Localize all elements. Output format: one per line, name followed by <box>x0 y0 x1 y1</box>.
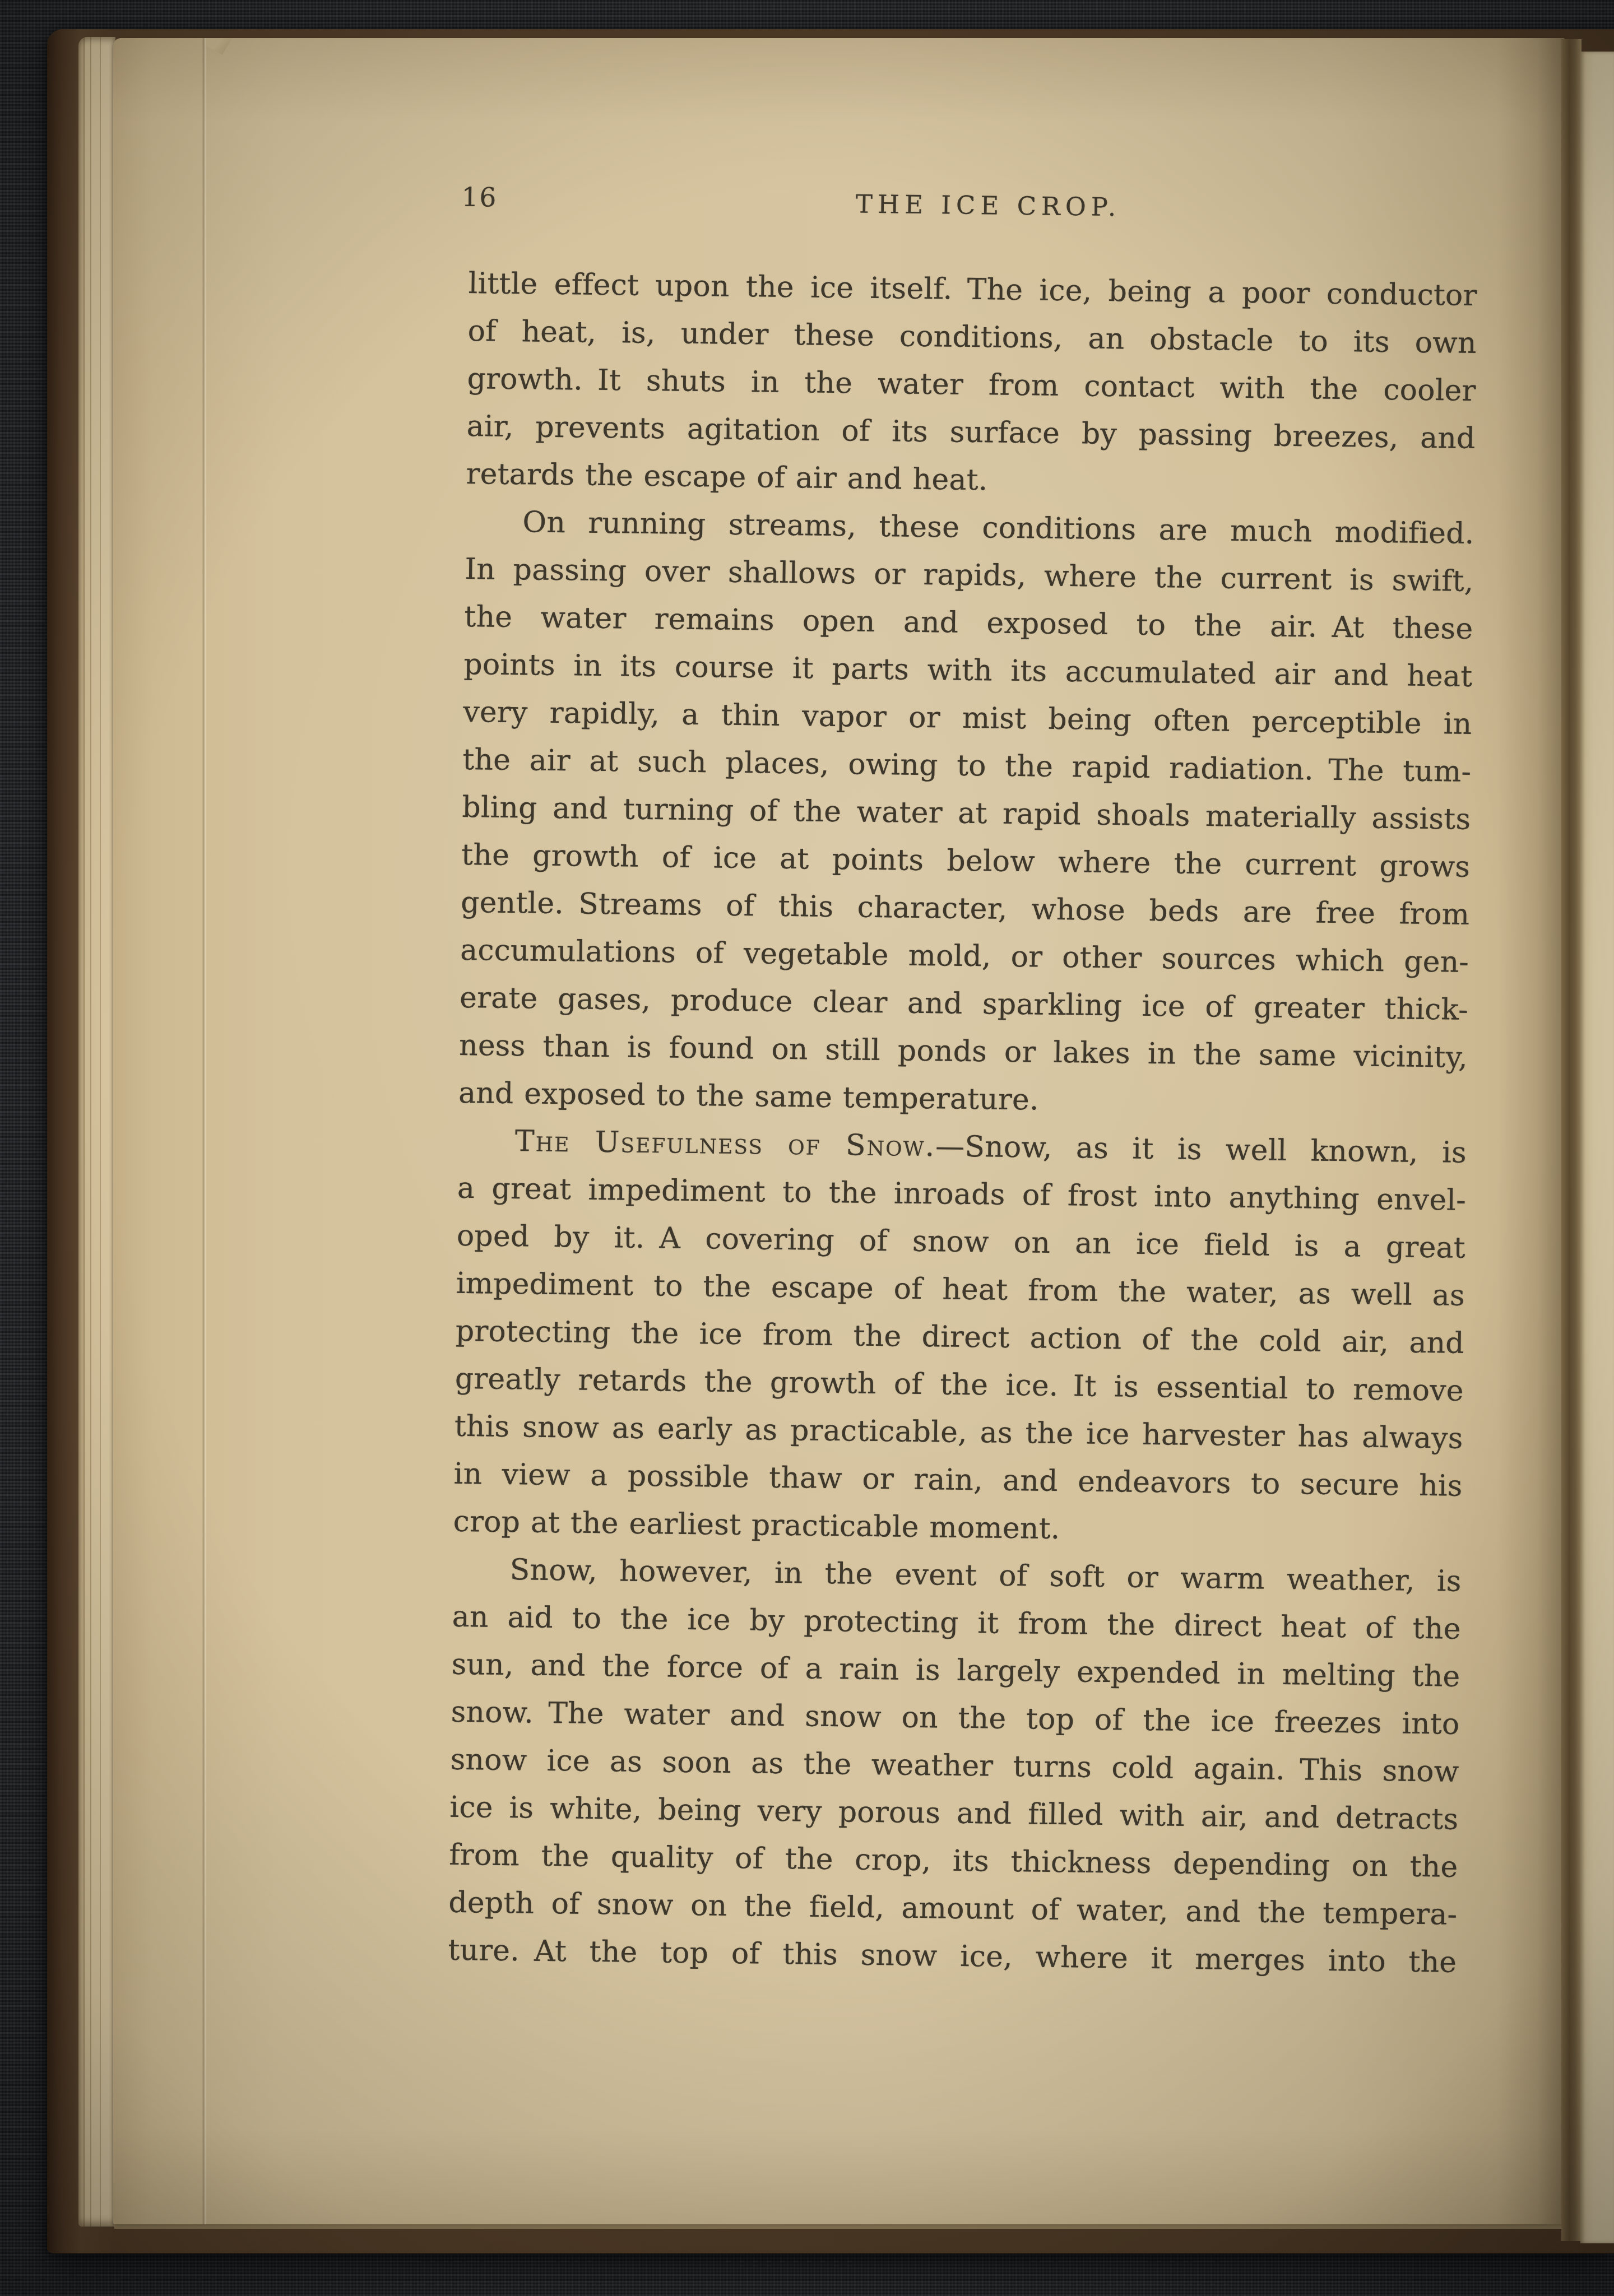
scan-background: 16 THE ICE CROP. little effect upon the … <box>0 0 1614 2296</box>
page-header: 16 THE ICE CROP. <box>469 182 1478 226</box>
paragraph: The Usefulness of Snow.—Snow, as it is w… <box>453 1117 1467 1558</box>
book-cover: 16 THE ICE CROP. little effect upon the … <box>47 29 1614 2253</box>
dog-ear-fold <box>206 38 232 55</box>
page-number: 16 <box>461 182 498 215</box>
running-title: THE ICE CROP. <box>856 189 1121 222</box>
gutter-shadow <box>1497 38 1565 2224</box>
book-page: 16 THE ICE CROP. little effect upon the … <box>113 38 1565 2224</box>
book-gutter <box>1561 39 1581 2241</box>
page-edge-stack <box>78 37 115 2227</box>
page-crease <box>202 38 207 2224</box>
paragraph: little effect upon the ice itself. The i… <box>466 260 1477 510</box>
text-body: little effect upon the ice itself. The i… <box>448 260 1477 1987</box>
facing-page-sliver <box>1580 52 1614 2243</box>
section-lead-smallcaps: The Usefulness of Snow. <box>515 1124 936 1163</box>
paragraph: Snow, however, in the event of soft or w… <box>448 1546 1462 1987</box>
paragraph: On running streams, these conditions are… <box>458 498 1474 1130</box>
printed-content: 16 THE ICE CROP. little effect upon the … <box>448 182 1478 1987</box>
